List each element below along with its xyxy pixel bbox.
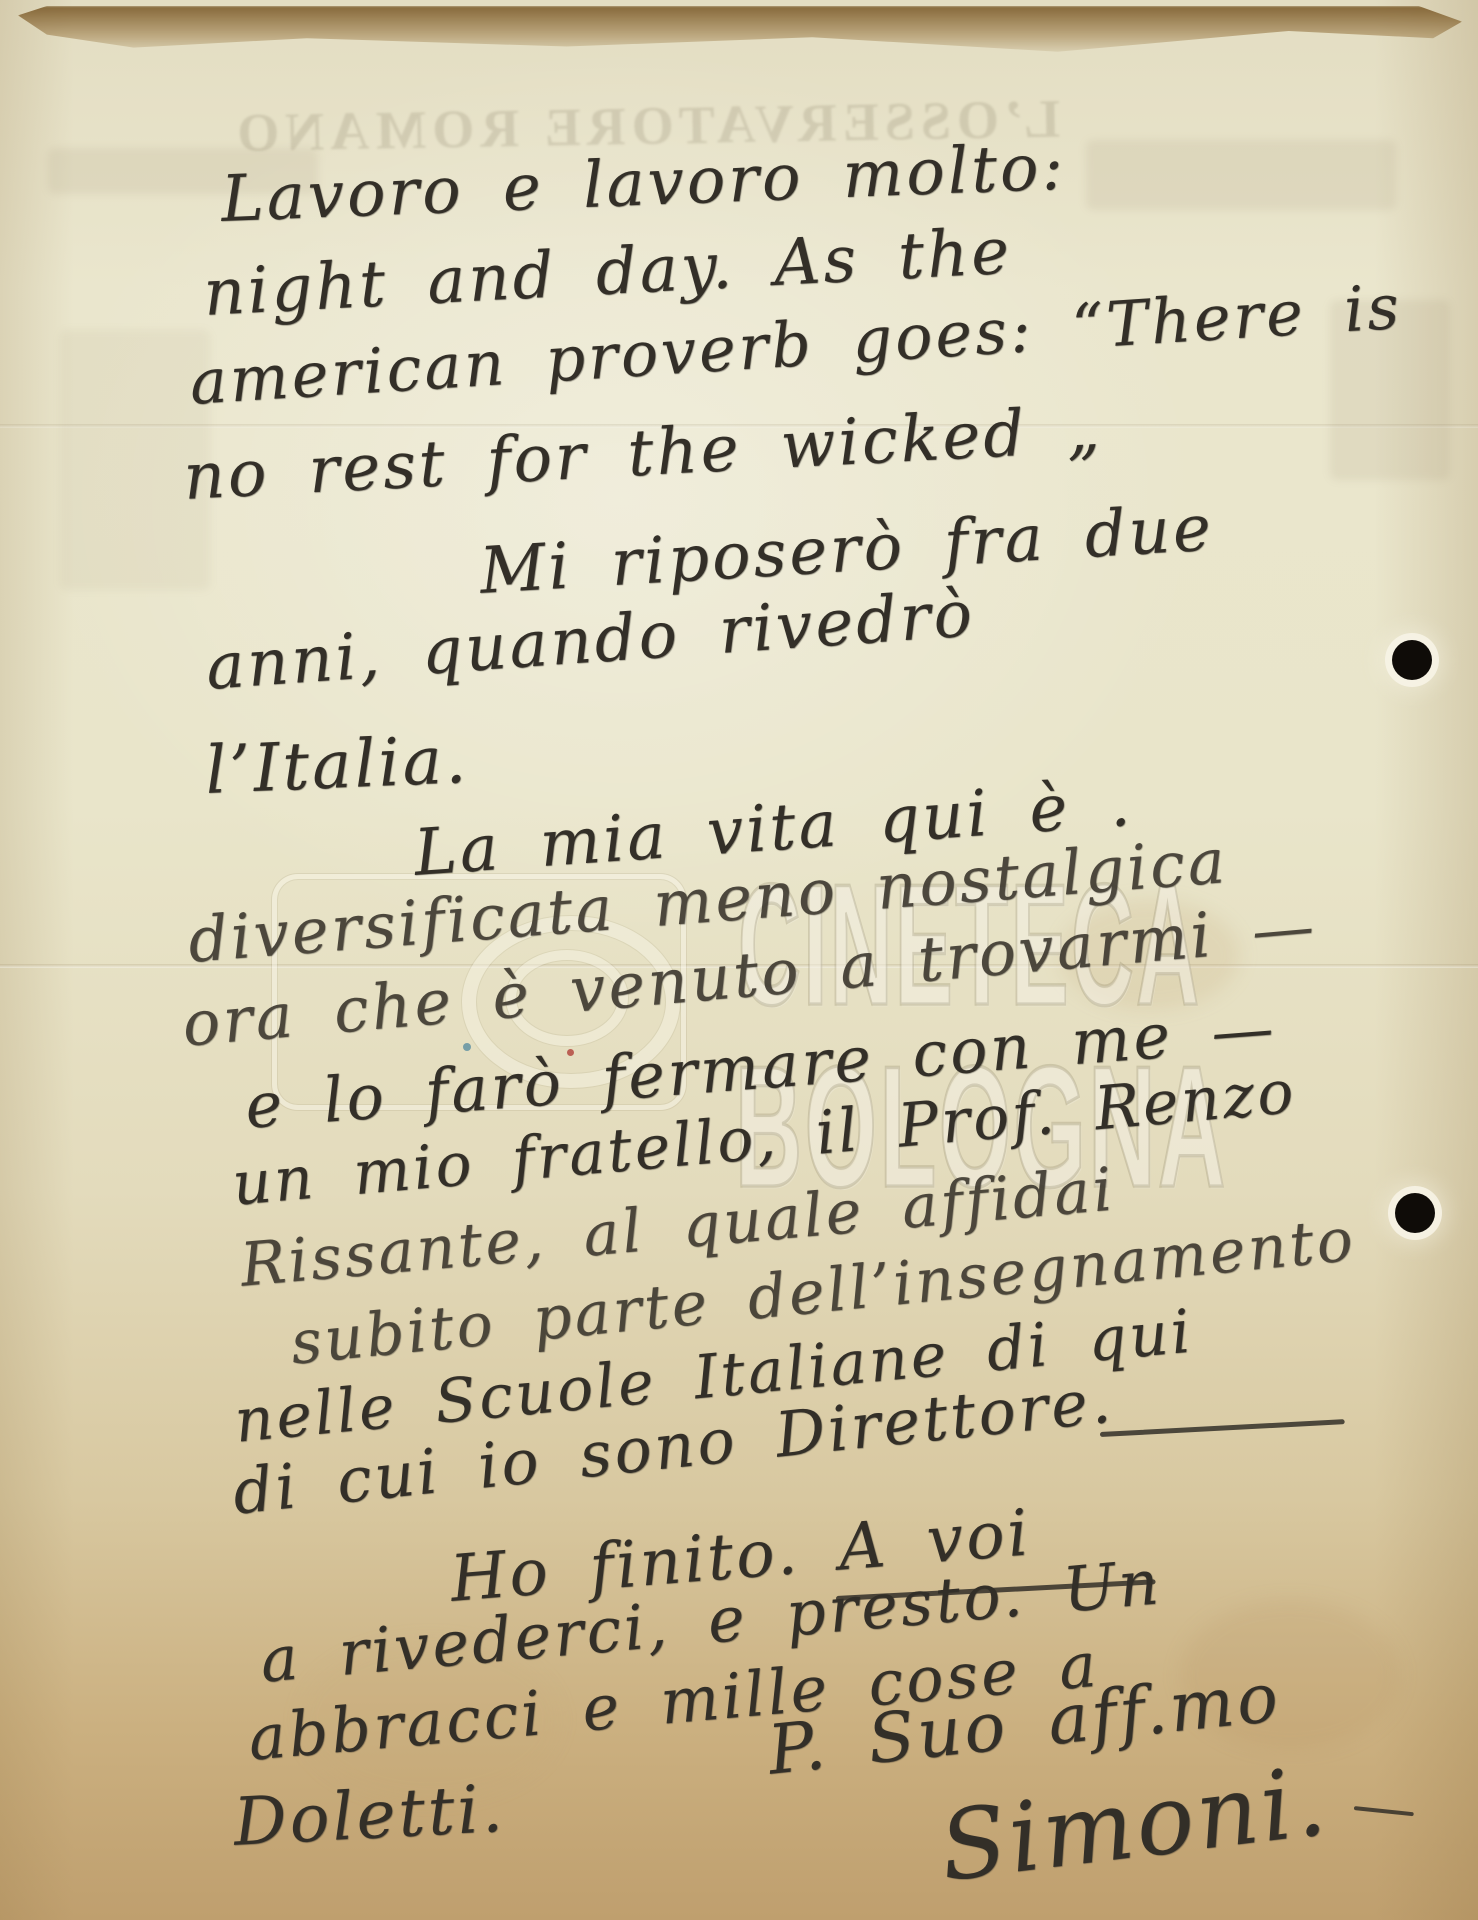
letter-page: L’OSSERVATORE ROMANO CINETECA BOLOGNA La… <box>0 0 1478 1920</box>
signature-line-2: Simoni. <box>935 1753 1333 1896</box>
hole-punch-bottom <box>1395 1193 1435 1233</box>
handwritten-line-20: Doletti. <box>232 1776 507 1856</box>
showthrough-smudge <box>1086 140 1396 210</box>
scan-edge-band <box>18 6 1462 58</box>
hole-punch-top <box>1392 640 1432 680</box>
ink-stroke <box>1100 1419 1345 1437</box>
handwritten-line-4: no rest for the wicked „ <box>182 398 1104 510</box>
ink-stroke <box>1354 1806 1414 1816</box>
handwritten-line-7: l’Italia. <box>204 727 470 804</box>
